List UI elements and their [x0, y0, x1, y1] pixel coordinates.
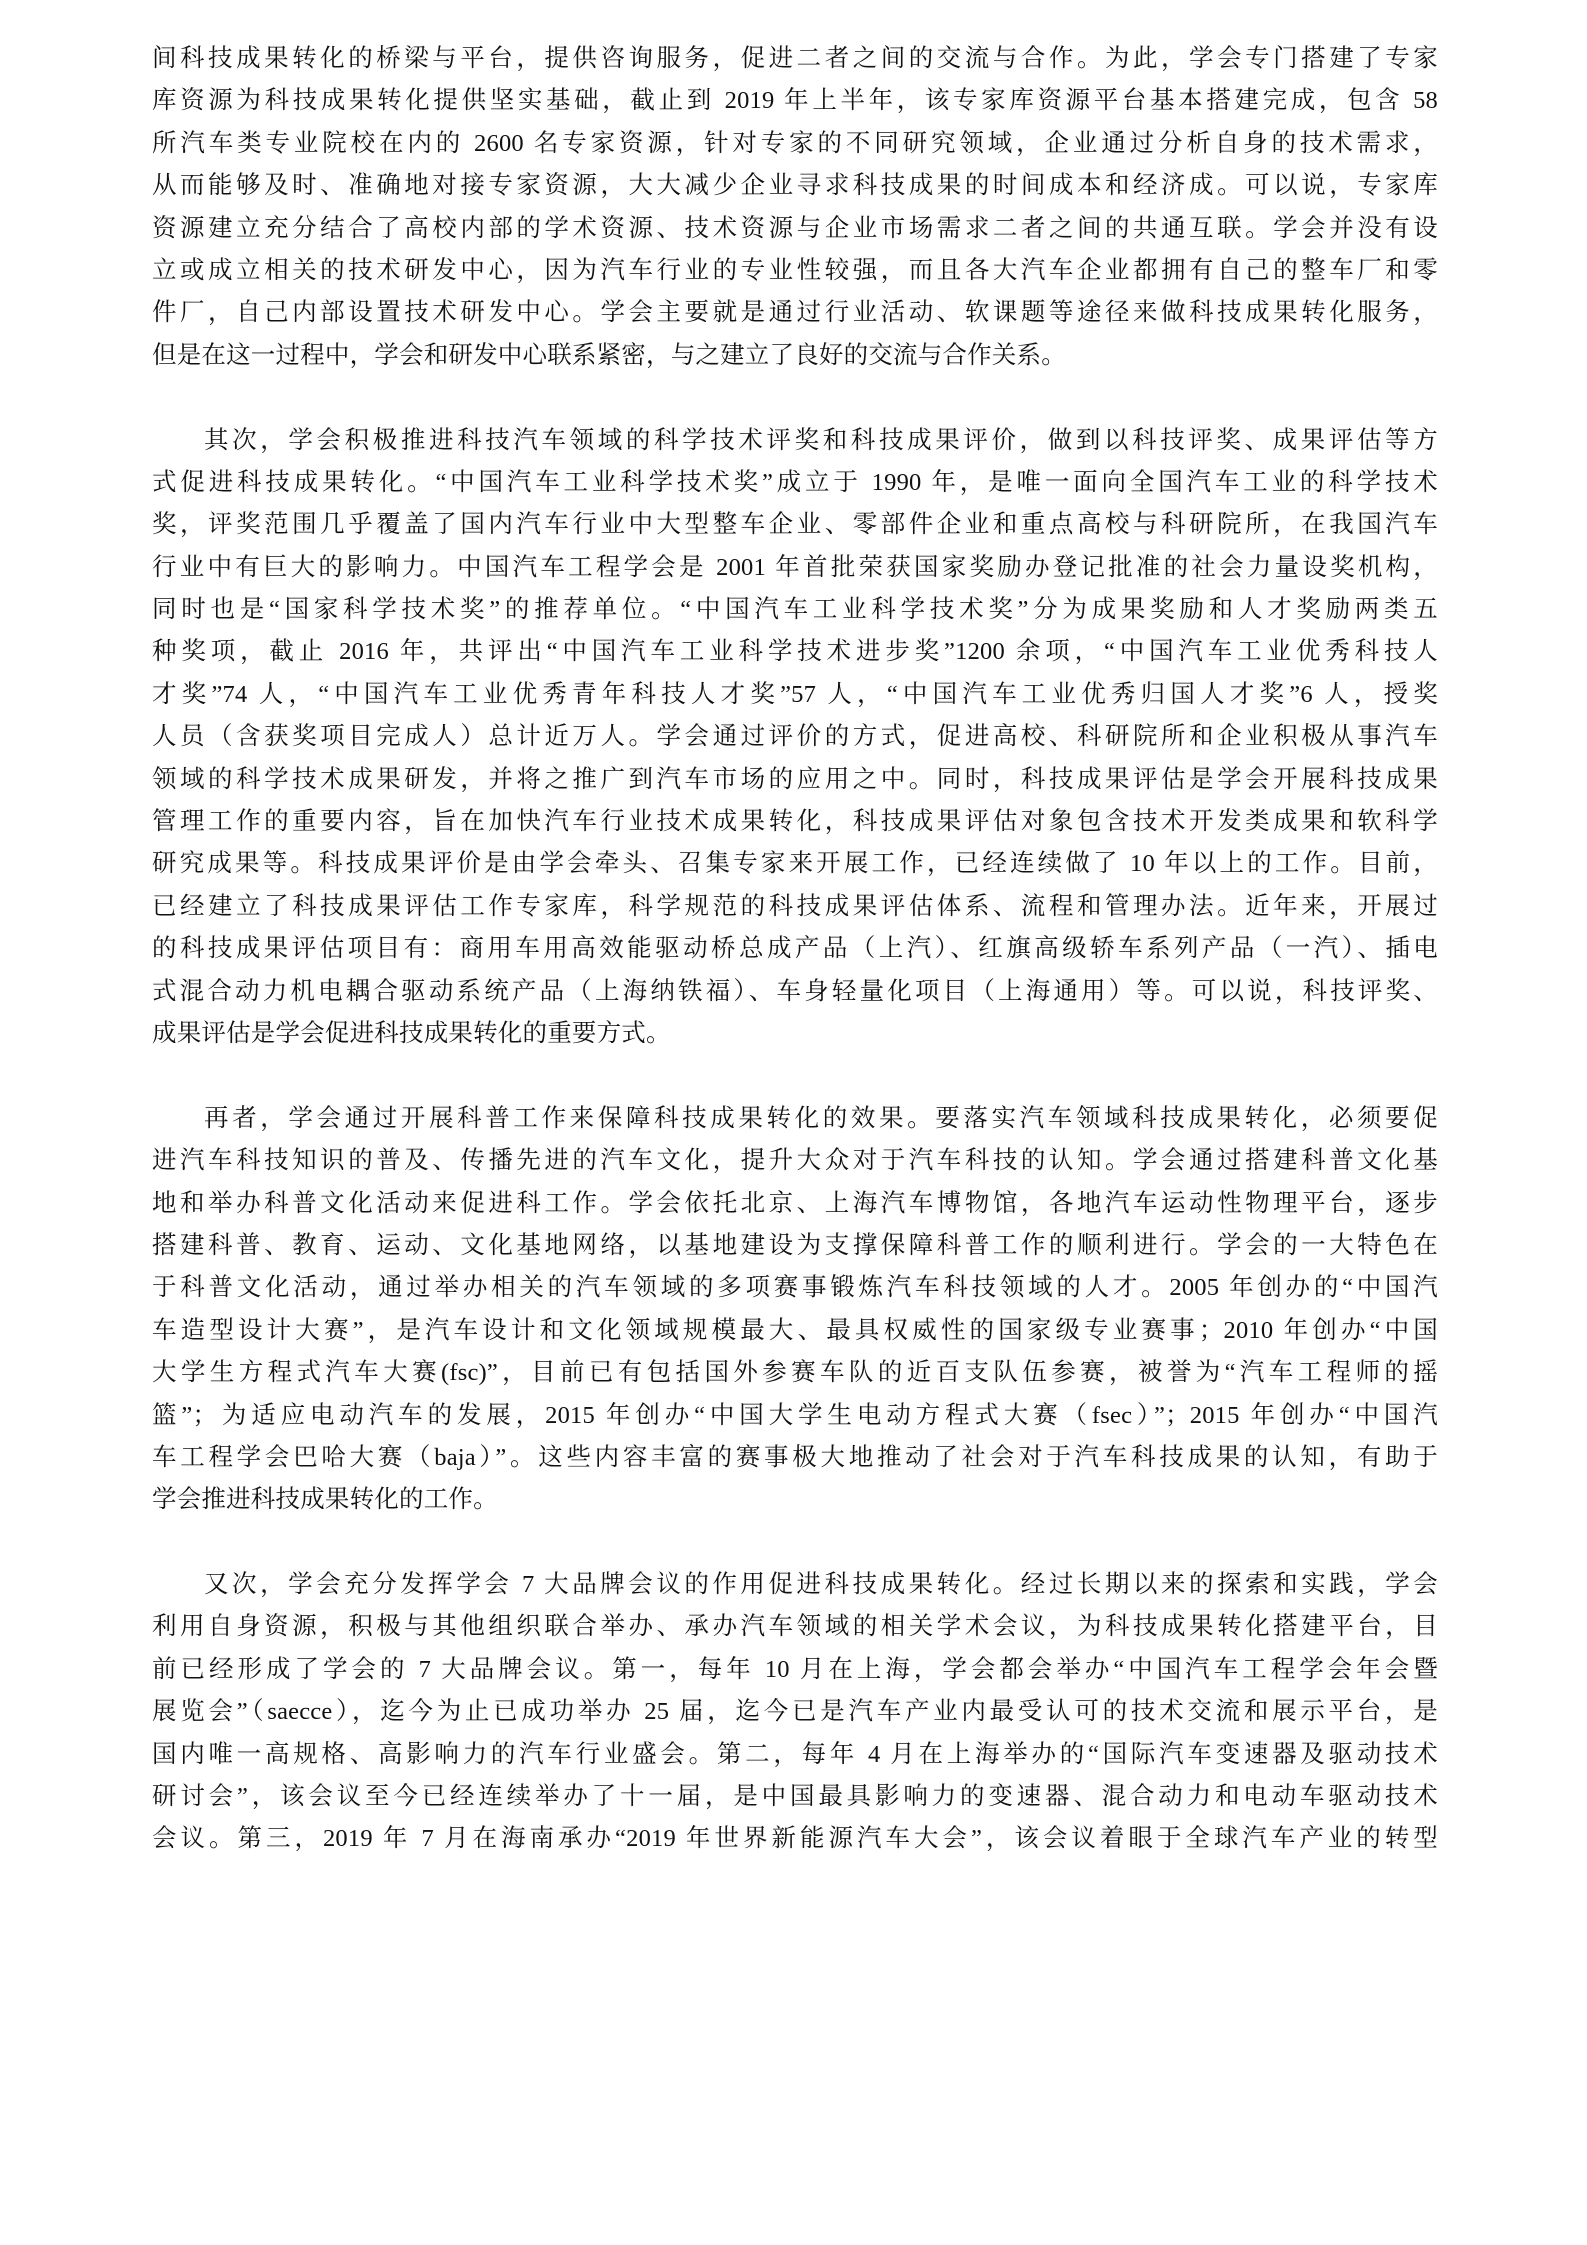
text-line: 再者，学会通过开展科普工作来保障科技成果转化的效果。要落实汽车领域科技成果转化，…	[152, 1098, 1438, 1140]
paragraph-brand-conferences: 又次，学会充分发挥学会 7 大品牌会议的作用促进科技成果转化。经过长期以来的探索…	[152, 1564, 1438, 1861]
paragraph-spacer	[152, 1055, 1438, 1097]
paragraph-expert-database: 间科技成果转化的桥梁与平台，提供咨询服务，促进二者之间的交流与合作。为此，学会专…	[152, 38, 1438, 377]
text-line: 管理工作的重要内容，旨在加快汽车行业技术成果转化，科技成果评估对象包含技术开发类…	[152, 801, 1438, 843]
text-line: 利用自身资源，积极与其他组织联合举办、承办汽车领域的相关学术会议，为科技成果转化…	[152, 1606, 1438, 1648]
text-line: 进汽车科技知识的普及、传播先进的汽车文化，提升大众对于汽车科技的认知。学会通过搭…	[152, 1140, 1438, 1182]
text-line: 才奖”74 人，“中国汽车工业优秀青年科技人才奖”57 人，“中国汽车工业优秀归…	[152, 674, 1438, 716]
text-line: 但是在这一过程中，学会和研发中心联系紧密，与之建立了良好的交流与合作关系。	[152, 335, 1438, 377]
text-line: 同时也是“国家科学技术奖”的推荐单位。“中国汽车工业科学技术奖”分为成果奖励和人…	[152, 589, 1438, 631]
text-line: 会议。第三，2019 年 7 月在海南承办“2019 年世界新能源汽车大会”，该…	[152, 1818, 1438, 1860]
text-line: 车造型设计大赛”，是汽车设计和文化领域规模最大、最具权威性的国家级专业赛事；20…	[152, 1310, 1438, 1352]
text-line: 研讨会”，该会议至今已经连续举办了十一届，是中国最具影响力的变速器、混合动力和电…	[152, 1776, 1438, 1818]
text-line: 又次，学会充分发挥学会 7 大品牌会议的作用促进科技成果转化。经过长期以来的探索…	[152, 1564, 1438, 1606]
text-line: 其次，学会积极推进科技汽车领域的科学技术评奖和科技成果评价，做到以科技评奖、成果…	[152, 420, 1438, 462]
text-line: 从而能够及时、准确地对接专家资源，大大减少企业寻求科技成果的时间成本和经济成。可…	[152, 165, 1438, 207]
text-line: 领域的科学技术成果研发，并将之推广到汽车市场的应用之中。同时，科技成果评估是学会…	[152, 759, 1438, 801]
text-line: 奖，评奖范围几乎覆盖了国内汽车行业中大型整车企业、零部件企业和重点高校与科研院所…	[152, 504, 1438, 546]
text-line: 资源建立充分结合了高校内部的学术资源、技术资源与企业市场需求二者之间的共通互联。…	[152, 208, 1438, 250]
text-line: 研究成果等。科技成果评价是由学会牵头、召集专家来开展工作，已经连续做了 10 年…	[152, 843, 1438, 885]
text-line: 人员（含获奖项目完成人）总计近万人。学会通过评价的方式，促进高校、科研院所和企业…	[152, 716, 1438, 758]
text-line: 种奖项，截止 2016 年，共评出“中国汽车工业科学技术进步奖”1200 余项，…	[152, 631, 1438, 673]
text-line: 间科技成果转化的桥梁与平台，提供咨询服务，促进二者之间的交流与合作。为此，学会专…	[152, 38, 1438, 80]
text-line: 成果评估是学会促进科技成果转化的重要方式。	[152, 1013, 1438, 1055]
text-line: 的科技成果评估项目有：商用车用高效能驱动桥总成产品（上汽）、红旗高级轿车系列产品…	[152, 928, 1438, 970]
text-line: 国内唯一高规格、高影响力的汽车行业盛会。第二，每年 4 月在上海举办的“国际汽车…	[152, 1734, 1438, 1776]
text-line: 于科普文化活动，通过举办相关的汽车领域的多项赛事锻炼汽车科技领域的人才。2005…	[152, 1267, 1438, 1309]
text-line: 地和举办科普文化活动来促进科工作。学会依托北京、上海汽车博物馆，各地汽车运动性物…	[152, 1183, 1438, 1225]
text-line: 式混合动力机电耦合驱动系统产品（上海纳铁福）、车身轻量化项目（上海通用）等。可以…	[152, 971, 1438, 1013]
text-line: 行业中有巨大的影响力。中国汽车工程学会是 2001 年首批荣获国家奖励办登记批准…	[152, 547, 1438, 589]
text-line: 大学生方程式汽车大赛(fsc)”，目前已有包括国外参赛车队的近百支队伍参赛，被誉…	[152, 1352, 1438, 1394]
text-line: 学会推进科技成果转化的工作。	[152, 1479, 1438, 1521]
document-page: 间科技成果转化的桥梁与平台，提供咨询服务，促进二者之间的交流与合作。为此，学会专…	[152, 38, 1438, 1861]
text-line: 车工程学会巴哈大赛（baja）”。这些内容丰富的赛事极大地推动了社会对于汽车科技…	[152, 1437, 1438, 1479]
paragraph-spacer	[152, 1522, 1438, 1564]
text-line: 所汽车类专业院校在内的 2600 名专家资源，针对专家的不同研究领域，企业通过分…	[152, 123, 1438, 165]
text-line: 件厂，自己内部设置技术研发中心。学会主要就是通过行业活动、软课题等途径来做科技成…	[152, 292, 1438, 334]
text-line: 库资源为科技成果转化提供坚实基础，截止到 2019 年上半年，该专家库资源平台基…	[152, 80, 1438, 122]
text-line: 篮”；为适应电动汽车的发展，2015 年创办“中国大学生电动方程式大赛（fsec…	[152, 1395, 1438, 1437]
paragraph-awards-evaluation: 其次，学会积极推进科技汽车领域的科学技术评奖和科技成果评价，做到以科技评奖、成果…	[152, 420, 1438, 1056]
text-line: 式促进科技成果转化。“中国汽车工业科学技术奖”成立于 1990 年，是唯一面向全…	[152, 462, 1438, 504]
text-line: 已经建立了科技成果评估工作专家库，科学规范的科技成果评估体系、流程和管理办法。近…	[152, 886, 1438, 928]
text-line: 前已经形成了学会的 7 大品牌会议。第一，每年 10 月在上海，学会都会举办“中…	[152, 1649, 1438, 1691]
text-line: 展览会”（saecce），迄今为止已成功举办 25 届，迄今已是汽车产业内最受认…	[152, 1691, 1438, 1733]
text-line: 搭建科普、教育、运动、文化基地网络，以基地建设为支撑保障科普工作的顺利进行。学会…	[152, 1225, 1438, 1267]
paragraph-popular-science: 再者，学会通过开展科普工作来保障科技成果转化的效果。要落实汽车领域科技成果转化，…	[152, 1098, 1438, 1522]
text-line: 立或成立相关的技术研发中心，因为汽车行业的专业性较强，而且各大汽车企业都拥有自己…	[152, 250, 1438, 292]
paragraph-spacer	[152, 377, 1438, 419]
